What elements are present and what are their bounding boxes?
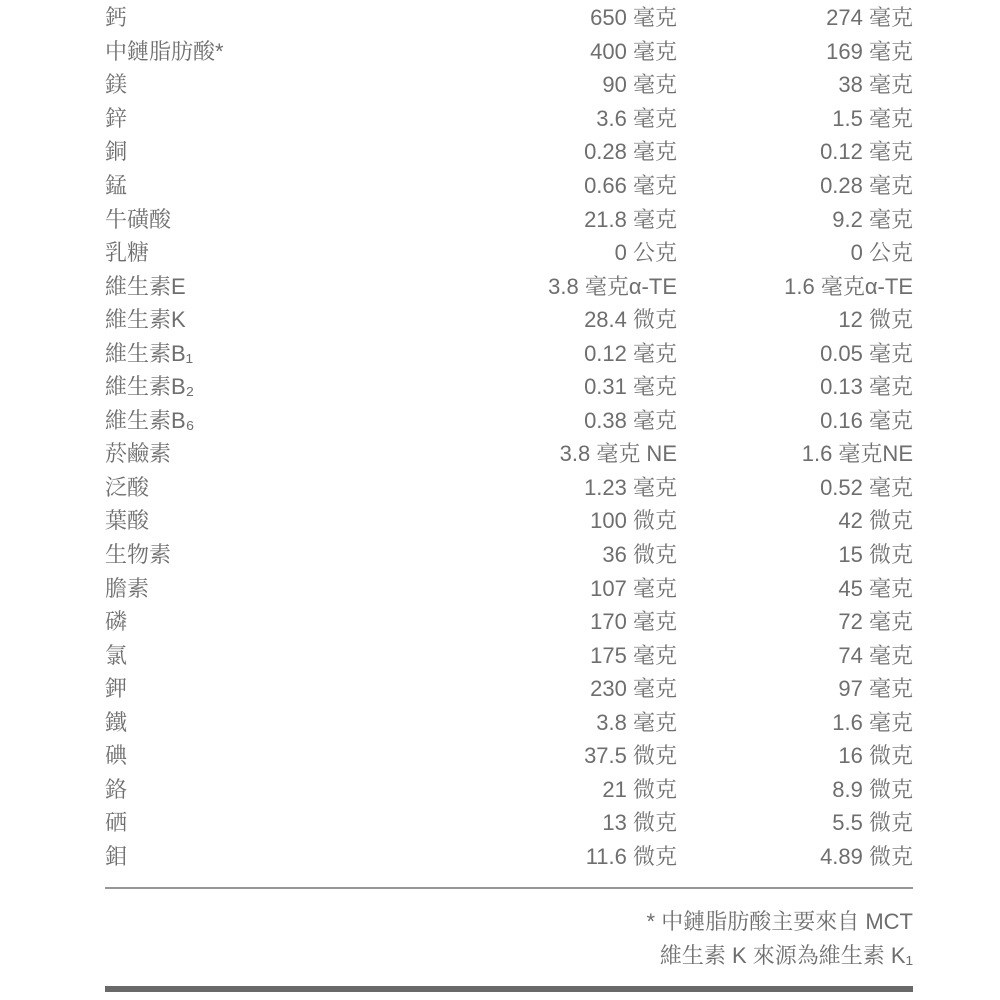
footnote-mct: * 中鏈脂肪酸主要來自 MCT bbox=[105, 905, 913, 939]
nutrition-facts-sheet: 鈣 650 毫克 274 毫克 中鏈脂肪酸* 400 毫克 169 毫克 鎂 9… bbox=[0, 0, 1000, 1000]
table-row: 中鏈脂肪酸* 400 毫克 169 毫克 bbox=[105, 34, 913, 68]
nutrient-label: 葉酸 bbox=[105, 504, 445, 535]
value-col2: 1.6 毫克 bbox=[677, 706, 913, 737]
value-col2: 42 微克 bbox=[677, 504, 913, 535]
value-col2: 1.6 毫克NE bbox=[677, 437, 913, 468]
nutrient-label: 硒 bbox=[105, 806, 445, 837]
table-row: 維生素B₂ 0.31 毫克 0.13 毫克 bbox=[105, 369, 913, 403]
table-row: 磷 170 毫克 72 毫克 bbox=[105, 604, 913, 638]
value-col2: 16 微克 bbox=[677, 739, 913, 770]
table-row: 硒 13 微克 5.5 微克 bbox=[105, 805, 913, 839]
nutrient-label: 鉻 bbox=[105, 773, 445, 804]
value-col1: 170 毫克 bbox=[445, 605, 677, 636]
value-col2: 169 毫克 bbox=[677, 35, 913, 66]
nutrient-label: 維生素B₂ bbox=[105, 370, 445, 401]
table-row: 維生素E 3.8 毫克α-TE 1.6 毫克α-TE bbox=[105, 268, 913, 302]
value-col1: 28.4 微克 bbox=[445, 303, 677, 334]
value-col1: 3.6 毫克 bbox=[445, 102, 677, 133]
value-col2: 0.52 毫克 bbox=[677, 471, 913, 502]
value-col1: 400 毫克 bbox=[445, 35, 677, 66]
value-col1: 0.28 毫克 bbox=[445, 135, 677, 166]
nutrient-label: 維生素E bbox=[105, 270, 445, 301]
value-col1: 36 微克 bbox=[445, 538, 677, 569]
nutrient-label: 生物素 bbox=[105, 538, 445, 569]
value-col2: 72 毫克 bbox=[677, 605, 913, 636]
value-col1: 0.31 毫克 bbox=[445, 370, 677, 401]
value-col2: 45 毫克 bbox=[677, 572, 913, 603]
nutrient-label: 氯 bbox=[105, 639, 445, 670]
section-bottom-bar bbox=[105, 986, 913, 992]
nutrient-label: 維生素K bbox=[105, 303, 445, 334]
footnotes: * 中鏈脂肪酸主要來自 MCT 維生素 K 來源為維生素 K₁ bbox=[105, 905, 913, 972]
nutrient-label: 鈣 bbox=[105, 1, 445, 32]
nutrient-label: 牛磺酸 bbox=[105, 203, 445, 234]
table-row: 牛磺酸 21.8 毫克 9.2 毫克 bbox=[105, 201, 913, 235]
value-col1: 0 公克 bbox=[445, 236, 677, 267]
value-col2: 1.5 毫克 bbox=[677, 102, 913, 133]
value-col2: 97 毫克 bbox=[677, 672, 913, 703]
nutrient-label: 磷 bbox=[105, 605, 445, 636]
nutrient-label: 維生素B₆ bbox=[105, 404, 445, 435]
value-col1: 3.8 毫克 bbox=[445, 706, 677, 737]
nutrition-content: 鈣 650 毫克 274 毫克 中鏈脂肪酸* 400 毫克 169 毫克 鎂 9… bbox=[105, 0, 913, 992]
table-row: 錳 0.66 毫克 0.28 毫克 bbox=[105, 168, 913, 202]
nutrient-label: 菸鹼素 bbox=[105, 437, 445, 468]
value-col1: 13 微克 bbox=[445, 806, 677, 837]
table-row: 維生素B₁ 0.12 毫克 0.05 毫克 bbox=[105, 335, 913, 369]
nutrient-label: 乳糖 bbox=[105, 236, 445, 267]
value-col2: 274 毫克 bbox=[677, 1, 913, 32]
footnote-divider-line bbox=[105, 887, 913, 889]
value-col1: 175 毫克 bbox=[445, 639, 677, 670]
value-col1: 21.8 毫克 bbox=[445, 203, 677, 234]
value-col2: 8.9 微克 bbox=[677, 773, 913, 804]
table-row: 乳糖 0 公克 0 公克 bbox=[105, 235, 913, 269]
value-col2: 0 公克 bbox=[677, 236, 913, 267]
table-row: 維生素K 28.4 微克 12 微克 bbox=[105, 302, 913, 336]
value-col1: 3.8 毫克 NE bbox=[445, 437, 677, 468]
table-row: 鐵 3.8 毫克 1.6 毫克 bbox=[105, 704, 913, 738]
value-col2: 74 毫克 bbox=[677, 639, 913, 670]
value-col1: 0.66 毫克 bbox=[445, 169, 677, 200]
table-row: 膽素 107 毫克 45 毫克 bbox=[105, 570, 913, 604]
value-col2: 5.5 微克 bbox=[677, 806, 913, 837]
table-row: 葉酸 100 微克 42 微克 bbox=[105, 503, 913, 537]
nutrient-label: 錳 bbox=[105, 169, 445, 200]
value-col2: 0.12 毫克 bbox=[677, 135, 913, 166]
value-col1: 11.6 微克 bbox=[445, 840, 677, 871]
table-row: 鎂 90 毫克 38 毫克 bbox=[105, 67, 913, 101]
value-col2: 15 微克 bbox=[677, 538, 913, 569]
value-col1: 107 毫克 bbox=[445, 572, 677, 603]
nutrition-table-body: 鈣 650 毫克 274 毫克 中鏈脂肪酸* 400 毫克 169 毫克 鎂 9… bbox=[105, 0, 913, 872]
value-col2: 0.13 毫克 bbox=[677, 370, 913, 401]
value-col2: 1.6 毫克α-TE bbox=[677, 270, 913, 301]
table-row: 鉀 230 毫克 97 毫克 bbox=[105, 671, 913, 705]
table-row: 生物素 36 微克 15 微克 bbox=[105, 537, 913, 571]
value-col2: 9.2 毫克 bbox=[677, 203, 913, 234]
value-col1: 230 毫克 bbox=[445, 672, 677, 703]
value-col2: 38 毫克 bbox=[677, 68, 913, 99]
table-row: 泛酸 1.23 毫克 0.52 毫克 bbox=[105, 470, 913, 504]
nutrient-label: 泛酸 bbox=[105, 471, 445, 502]
nutrient-label: 鉬 bbox=[105, 840, 445, 871]
table-row: 氯 175 毫克 74 毫克 bbox=[105, 637, 913, 671]
table-row: 鋅 3.6 毫克 1.5 毫克 bbox=[105, 101, 913, 135]
value-col1: 37.5 微克 bbox=[445, 739, 677, 770]
value-col1: 1.23 毫克 bbox=[445, 471, 677, 502]
table-row: 鉻 21 微克 8.9 微克 bbox=[105, 772, 913, 806]
nutrient-label: 鋅 bbox=[105, 102, 445, 133]
value-col2: 0.16 毫克 bbox=[677, 404, 913, 435]
footnote-vitamin-k: 維生素 K 來源為維生素 K₁ bbox=[105, 939, 913, 973]
value-col1: 650 毫克 bbox=[445, 1, 677, 32]
table-row: 碘 37.5 微克 16 微克 bbox=[105, 738, 913, 772]
value-col1: 0.12 毫克 bbox=[445, 337, 677, 368]
table-row: 菸鹼素 3.8 毫克 NE 1.6 毫克NE bbox=[105, 436, 913, 470]
value-col1: 21 微克 bbox=[445, 773, 677, 804]
nutrient-label: 中鏈脂肪酸* bbox=[105, 35, 445, 66]
value-col2: 0.28 毫克 bbox=[677, 169, 913, 200]
nutrient-label: 碘 bbox=[105, 739, 445, 770]
table-row: 銅 0.28 毫克 0.12 毫克 bbox=[105, 134, 913, 168]
table-row: 鈣 650 毫克 274 毫克 bbox=[105, 0, 913, 34]
nutrient-label: 鉀 bbox=[105, 672, 445, 703]
value-col2: 0.05 毫克 bbox=[677, 337, 913, 368]
value-col1: 0.38 毫克 bbox=[445, 404, 677, 435]
value-col2: 4.89 微克 bbox=[677, 840, 913, 871]
nutrient-label: 膽素 bbox=[105, 572, 445, 603]
value-col1: 3.8 毫克α-TE bbox=[445, 270, 677, 301]
nutrient-label: 維生素B₁ bbox=[105, 337, 445, 368]
table-row: 鉬 11.6 微克 4.89 微克 bbox=[105, 839, 913, 873]
nutrient-label: 鐵 bbox=[105, 706, 445, 737]
nutrient-label: 鎂 bbox=[105, 68, 445, 99]
value-col1: 90 毫克 bbox=[445, 68, 677, 99]
table-row: 維生素B₆ 0.38 毫克 0.16 毫克 bbox=[105, 403, 913, 437]
value-col2: 12 微克 bbox=[677, 303, 913, 334]
value-col1: 100 微克 bbox=[445, 504, 677, 535]
nutrient-label: 銅 bbox=[105, 135, 445, 166]
